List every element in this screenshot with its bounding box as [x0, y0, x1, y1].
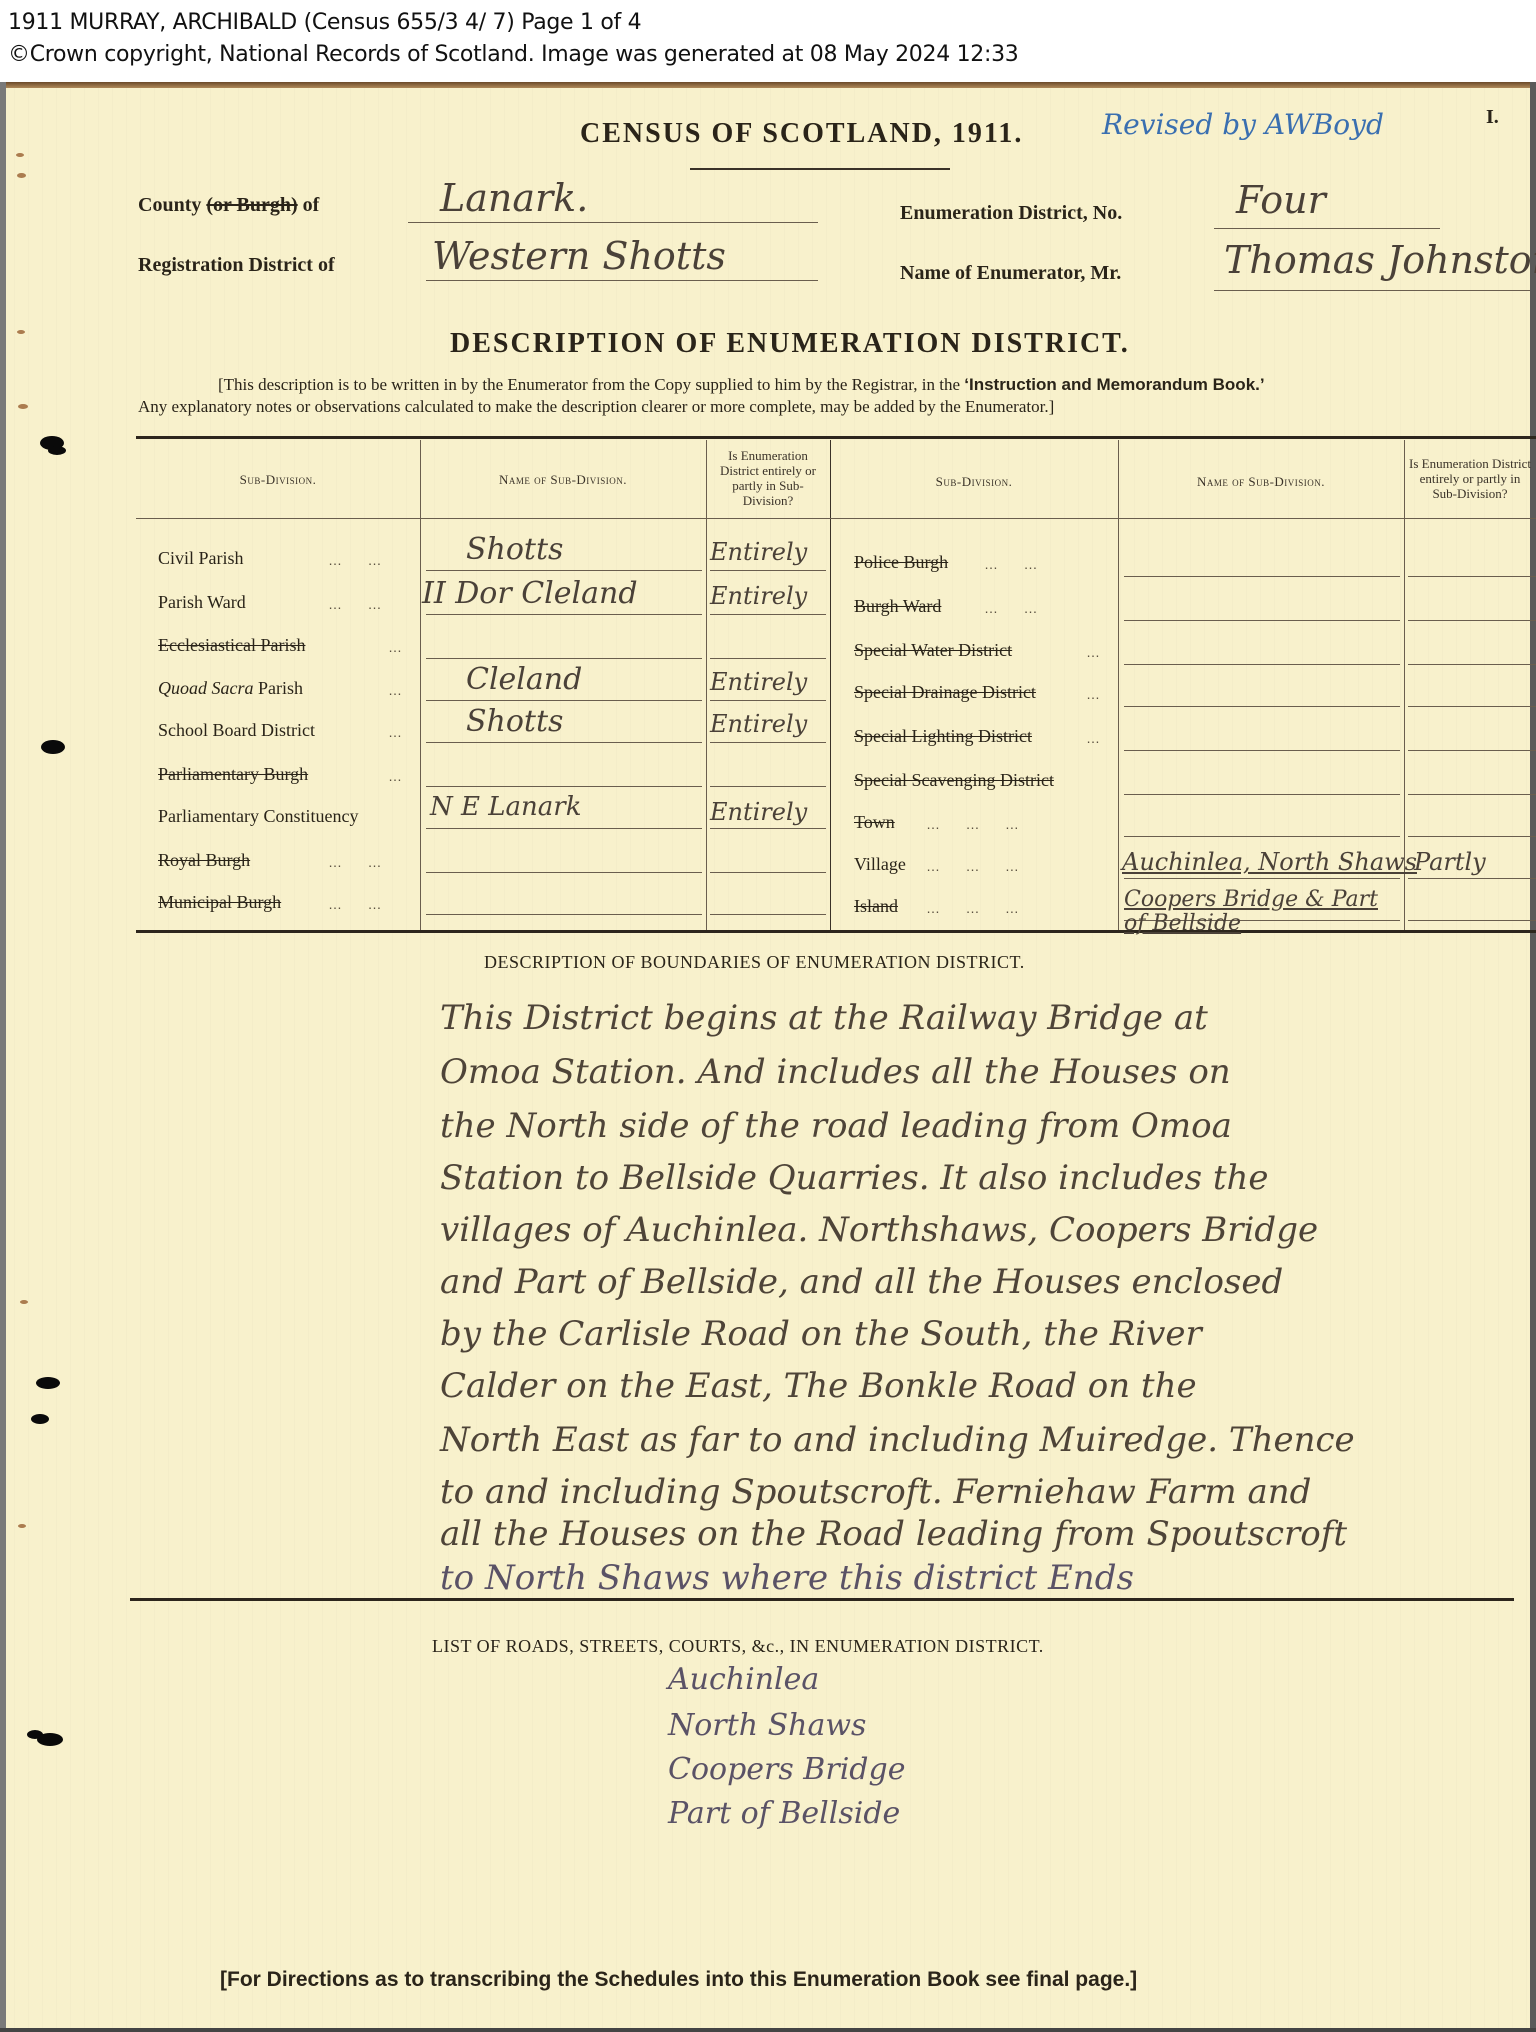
page-edge-top [0, 82, 1536, 88]
row-rule [426, 570, 702, 571]
table-top-rule [136, 436, 1536, 439]
footer-directions: [For Directions as to transcribing the S… [220, 1968, 1137, 1992]
row-rule [710, 742, 826, 743]
leader-dots: … … [328, 896, 382, 912]
row-rule [1124, 706, 1400, 707]
leader-dots: … … [328, 596, 382, 612]
enum-district-value: Four [1236, 178, 1326, 222]
boundary-line-5: villages of Auchinlea. Northshaws, Coope… [440, 1210, 1318, 1250]
civil-parish-name: Shotts [466, 532, 563, 567]
row-label-royal-burgh: Royal Burgh [158, 850, 250, 871]
col-header-extent: Is Enumeration District entirely or part… [710, 448, 826, 508]
boundary-line-12: to North Shaws where this district Ends [440, 1558, 1134, 1598]
school-board-extent: Entirely [710, 710, 807, 738]
row-rule [1408, 576, 1536, 577]
copyright-notice: ©Crown copyright, National Records of Sc… [8, 42, 1019, 67]
reg-district-label: Registration District of [138, 254, 335, 277]
row-label-special-drainage: Special Drainage District [854, 682, 1036, 703]
ink-stain [18, 404, 28, 409]
row-rule [1408, 750, 1536, 751]
constituency-extent: Entirely [710, 798, 807, 826]
row-label-school-board: School Board District [158, 720, 315, 741]
page-edge-left [0, 82, 6, 2032]
boundaries-title: DESCRIPTION OF BOUNDARIES OF ENUMERATION… [484, 952, 1025, 973]
binding-hole [31, 1414, 49, 1424]
leader-dots: … [388, 724, 403, 740]
ink-stain [17, 173, 26, 178]
row-rule [1408, 664, 1536, 665]
leader-dots: … … [984, 600, 1038, 616]
row-rule [1124, 750, 1400, 751]
row-label-parish-ward: Parish Ward [158, 592, 246, 613]
section-title: DESCRIPTION OF ENUMERATION DISTRICT. [450, 328, 1130, 360]
row-label-police-burgh: Police Burgh [854, 552, 948, 573]
page-edge-bottom [0, 2028, 1536, 2032]
row-rule [1408, 706, 1536, 707]
revised-annotation: Revised by AWBoyd [1102, 108, 1384, 141]
row-rule [1408, 836, 1536, 837]
boundaries-bottom-rule [130, 1598, 1514, 1601]
row-label-municipal-burgh: Municipal Burgh [158, 892, 281, 913]
binding-hole [41, 740, 65, 754]
note-text-2: Any explanatory notes or observations ca… [138, 397, 1054, 416]
form-title: CENSUS OF SCOTLAND, 1911. [580, 118, 1023, 150]
col-header-subdivision-right: Sub-Division. [830, 474, 1118, 490]
leader-dots: … [388, 682, 403, 698]
row-rule [710, 828, 826, 829]
county-label: County [138, 194, 201, 216]
title-underline [690, 168, 950, 170]
county-value: Lanark. [440, 176, 588, 220]
row-label-special-lighting: Special Lighting District [854, 726, 1032, 747]
row-rule [426, 786, 702, 787]
row-label-burgh-ward: Burgh Ward [854, 596, 941, 617]
row-rule [426, 700, 702, 701]
row-rule [426, 872, 702, 873]
col-divider [830, 440, 831, 930]
boundary-line-11: all the Houses on the Road leading from … [440, 1514, 1347, 1554]
civil-parish-extent: Entirely [710, 538, 807, 566]
road-item: North Shaws [668, 1708, 866, 1743]
row-rule [1124, 794, 1400, 795]
leader-dots: … [1086, 644, 1101, 660]
row-label-parliamentary-burgh: Parliamentary Burgh [158, 764, 308, 785]
row-rule [426, 658, 702, 659]
leader-dots: … … [984, 556, 1038, 572]
row-rule [1408, 920, 1536, 921]
enumerator-value: Thomas Johnstone [1224, 238, 1536, 282]
boundary-line-7: by the Carlisle Road on the South, the R… [440, 1314, 1202, 1354]
quoad-sacra-extent: Entirely [710, 668, 807, 696]
row-rule [1124, 664, 1400, 665]
note-text: [This description is to be written in by… [138, 375, 960, 394]
row-label-special-water: Special Water District [854, 640, 1012, 661]
parish-word: Parish [258, 678, 303, 698]
binding-hole [48, 446, 66, 455]
row-rule [1408, 794, 1536, 795]
boundary-line-8: Calder on the East, The Bonkle Road on t… [440, 1366, 1197, 1406]
boundary-line-4: Station to Bellside Quarries. It also in… [440, 1158, 1269, 1198]
enum-district-underline [1214, 228, 1440, 229]
row-rule [710, 700, 826, 701]
boundary-line-9: North East as far to and including Muire… [440, 1420, 1355, 1460]
boundary-line-6: and Part of Bellside, and all the Houses… [440, 1262, 1283, 1302]
boundary-line-3: the North side of the road leading from … [440, 1106, 1232, 1146]
row-label-special-scavenging: Special Scavenging District [854, 770, 1054, 791]
county-label-group: County (or Burgh) of [138, 194, 319, 217]
enum-district-label: Enumeration District, No. [900, 202, 1122, 225]
col-divider [420, 440, 421, 930]
leader-dots: … … … [926, 858, 1020, 874]
col-header-extent-right: Is Enumeration District entirely or part… [1408, 456, 1532, 501]
boundary-line-10: to and including Spoutscroft. Ferniehaw … [440, 1472, 1311, 1512]
row-label-parliamentary-constituency: Parliamentary Constituency [158, 806, 358, 827]
island-row-name: Coopers Bridge & Part of Bellside [1124, 888, 1394, 936]
instruction-note: [This description is to be written in by… [138, 374, 1528, 418]
header-rule [136, 518, 1536, 519]
row-rule [1124, 576, 1400, 577]
subdivision-table: Sub-Division. Name of Sub-Division. Is E… [136, 436, 1536, 934]
quoad-sacra-name: Cleland [466, 662, 582, 697]
school-board-name: Shotts [466, 704, 563, 739]
leader-dots: … [388, 639, 403, 655]
parish-ward-name: II Dor Cleland [422, 576, 638, 611]
binding-hole [36, 1377, 60, 1389]
road-item: Auchinlea [668, 1662, 819, 1697]
ink-stain [20, 1300, 28, 1304]
col-header-name-right: Name of Sub-Division. [1118, 474, 1404, 490]
boundary-line-2: Omoa Station. And includes all the House… [440, 1052, 1231, 1092]
leader-dots: … … … [926, 900, 1020, 916]
note-book-title: ‘Instruction and Memorandum Book.’ [964, 375, 1264, 394]
row-label-quoad-sacra: Quoad Sacra Parish [158, 678, 303, 699]
col-divider [1118, 440, 1119, 930]
row-label-ecclesiastical-parish: Ecclesiastical Parish [158, 635, 305, 656]
row-rule [710, 614, 826, 615]
road-item: Coopers Bridge [668, 1752, 905, 1787]
row-rule [1124, 878, 1400, 879]
enumerator-underline [1214, 290, 1530, 291]
enumerator-label: Name of Enumerator, Mr. [900, 262, 1121, 285]
col-header-subdivision: Sub-Division. [136, 472, 420, 488]
row-rule [1124, 620, 1400, 621]
road-item: Part of Bellside [668, 1796, 900, 1831]
village-name: Auchinlea, North Shaws [1122, 848, 1417, 876]
binding-hole [27, 1730, 43, 1739]
county-struck-text: (or Burgh) [206, 194, 297, 216]
col-divider [706, 440, 707, 930]
reg-district-value: Western Shotts [432, 234, 726, 278]
leader-dots: … … … [926, 816, 1020, 832]
col-header-name: Name of Sub-Division. [420, 472, 706, 488]
ink-stain [17, 330, 25, 334]
ink-stain [18, 1524, 26, 1528]
constituency-name: N E Lanark [430, 792, 581, 822]
row-rule [710, 570, 826, 571]
page-marker: I. [1486, 106, 1499, 129]
quoad-sacra-italic: Quoad Sacra [158, 678, 254, 698]
roads-title: LIST OF ROADS, STREETS, COURTS, &c., IN … [432, 1636, 1044, 1657]
row-rule [426, 742, 702, 743]
row-rule [1124, 836, 1400, 837]
leader-dots: … [1086, 730, 1101, 746]
ink-stain [16, 153, 24, 157]
leader-dots: … … [328, 552, 382, 568]
leader-dots: … [1086, 686, 1101, 702]
row-rule [710, 786, 826, 787]
reg-district-underline [426, 280, 818, 281]
county-underline [408, 222, 818, 223]
village-extent: Partly [1414, 848, 1486, 876]
row-rule [1408, 620, 1536, 621]
leader-dots: … … [328, 854, 382, 870]
row-label-island: Island [854, 896, 898, 917]
row-rule [426, 828, 702, 829]
row-rule [426, 914, 702, 915]
leader-dots: … [388, 768, 403, 784]
boundary-line-1: This District begins at the Railway Brid… [440, 998, 1208, 1038]
row-label-village: Village [854, 854, 906, 875]
row-label-civil-parish: Civil Parish [158, 548, 244, 569]
county-of: of [303, 194, 320, 216]
row-rule [426, 614, 702, 615]
parish-ward-extent: Entirely [710, 582, 807, 610]
page-edge-right [1530, 82, 1536, 2032]
row-rule [710, 658, 826, 659]
record-title: 1911 MURRAY, ARCHIBALD (Census 655/3 4/ … [8, 10, 641, 35]
row-rule [1408, 878, 1536, 879]
row-rule [710, 872, 826, 873]
row-rule [710, 914, 826, 915]
row-label-town: Town [854, 812, 895, 833]
